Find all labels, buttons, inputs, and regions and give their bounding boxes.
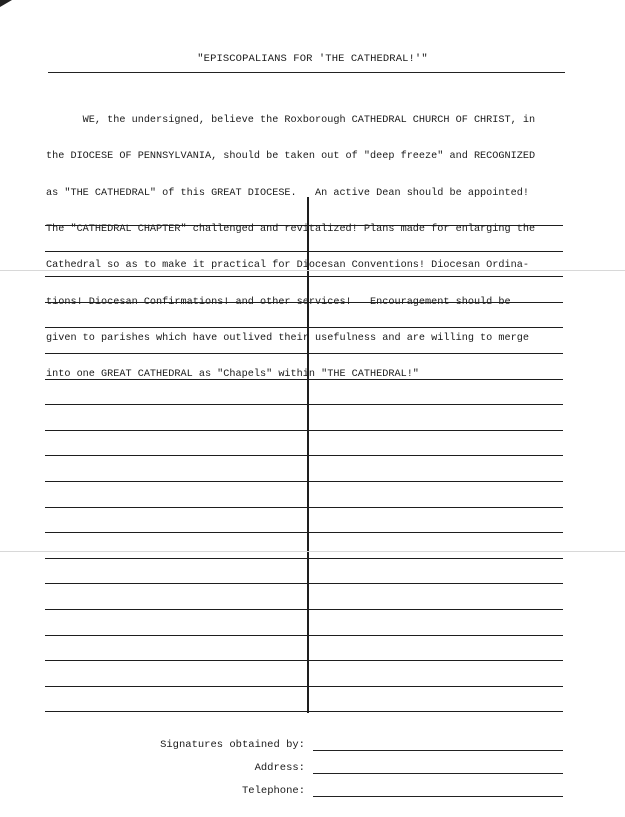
signature-row-line[interactable] <box>45 379 563 380</box>
scan-corner-mark <box>0 0 12 7</box>
document-title: "EPISCOPALIANS FOR 'THE CATHEDRAL!'" <box>0 53 625 65</box>
telephone-line[interactable] <box>313 796 563 797</box>
signature-row-line[interactable] <box>45 583 563 584</box>
signatures-obtained-by-field[interactable]: Signatures obtained by: <box>0 739 625 753</box>
signature-row-line[interactable] <box>45 302 563 303</box>
address-field[interactable]: Address: <box>0 762 625 776</box>
signature-row-line[interactable] <box>45 507 563 508</box>
signature-row-line[interactable] <box>45 225 563 226</box>
signature-row-line[interactable] <box>45 660 563 661</box>
signature-row-line[interactable] <box>45 532 563 533</box>
signature-row-line[interactable] <box>45 711 563 712</box>
signature-row-line[interactable] <box>45 635 563 636</box>
signatures-obtained-by-label: Signatures obtained by: <box>160 739 305 751</box>
petition-line: as "THE CATHEDRAL" of this GREAT DIOCESE… <box>46 188 586 200</box>
signature-row-line[interactable] <box>45 327 563 328</box>
telephone-label: Telephone: <box>242 785 305 797</box>
address-line[interactable] <box>313 773 563 774</box>
petition-line: WE, the undersigned, believe the Roxboro… <box>46 115 586 127</box>
signature-row-line[interactable] <box>45 430 563 431</box>
signature-row-line[interactable] <box>45 609 563 610</box>
signature-row-line[interactable] <box>45 455 563 456</box>
signatures-obtained-by-line[interactable] <box>313 750 563 751</box>
scan-streak <box>0 270 625 271</box>
telephone-field[interactable]: Telephone: <box>0 785 625 799</box>
scan-streak <box>0 551 625 552</box>
address-label: Address: <box>255 762 305 774</box>
petition-text: WE, the undersigned, believe the Roxboro… <box>46 91 586 393</box>
signature-row-line[interactable] <box>45 276 563 277</box>
signature-row-line[interactable] <box>45 686 563 687</box>
petition-line: the DIOCESE OF PENNSYLVANIA, should be t… <box>46 151 586 163</box>
signature-row-line[interactable] <box>45 353 563 354</box>
signature-row-line[interactable] <box>45 251 563 252</box>
signature-row-line[interactable] <box>45 558 563 559</box>
signature-row-line[interactable] <box>45 481 563 482</box>
title-rule <box>48 72 565 73</box>
petition-line: given to parishes which have outlived th… <box>46 333 586 345</box>
signature-row-line[interactable] <box>45 404 563 405</box>
